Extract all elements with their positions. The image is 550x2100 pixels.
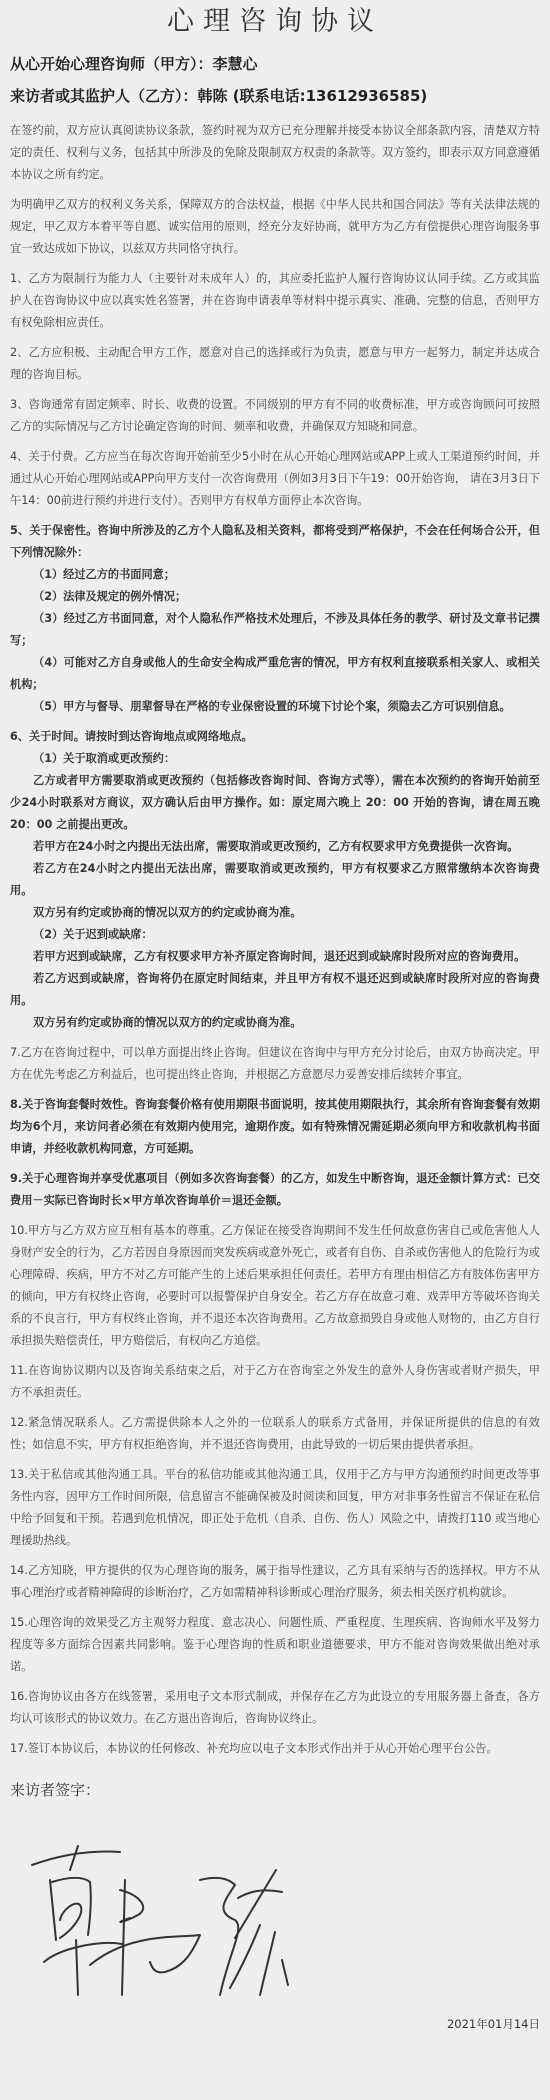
clause-5-item-5: （5）甲方与督导、朋辈督导在严格的专业保密设置的环境下讨论个案，须隐去乙方可识别… — [10, 696, 540, 718]
clause-14: 14.乙方知晓，甲方提供的仅为心理咨询的服务，属于指导性建议，乙方具有采纳与否的… — [10, 1560, 540, 1604]
intro-paragraph-1: 在签约前，双方应认真阅读协议条款，签约时视为双方已充分理解并接受本协议全部条款内… — [10, 120, 540, 186]
agreement-document: 心理咨询协议 从心开始心理咨询师（甲方）：李慧心 来访者或其监护人（乙方）：韩陈… — [0, 0, 550, 1800]
intro-paragraph-2: 为明确甲乙双方的权利义务关系，保障双方的合法权益，根据《中华人民共和国合同法》等… — [10, 194, 540, 260]
clause-7: 7.乙方在咨询过程中，可以单方面提出终止咨询。但建议在咨询中与甲方充分讨论后，由… — [10, 1042, 540, 1086]
clause-16: 16.咨询协议由各方在线签署，采用电子文本形式制成，并保存在乙方为此设立的专用服… — [10, 1686, 540, 1730]
clause-4: 4、关于付费。乙方应当在每次咨询开始前至少5小时在从心开始心理网站或APP上或人… — [10, 446, 540, 512]
clause-6-sub2-c: 双方另有约定或协商的情况以双方的约定或协商为准。 — [10, 1012, 540, 1034]
handwritten-signature — [30, 1840, 300, 2010]
clause-6-sub1-title: （1）关于取消或更改预约： — [10, 748, 540, 770]
clause-1: 1、乙方为限制行为能力人（主要针对未成年人）的，其应委托监护人履行咨询协议认同手… — [10, 268, 540, 334]
clause-6: 6、关于时间。请按时到达咨询地点或网络地点。 （1）关于取消或更改预约： 乙方或… — [10, 726, 540, 1034]
clause-3: 3、咨询通常有固定频率、时长、收费的设置。不同级别的甲方有不同的收费标准，甲方或… — [10, 394, 540, 438]
clause-6-sub1-b: 若乙方在24小时之内提出无法出席，需要取消或更改预约，甲方有权要求乙方照常缴纳本… — [10, 858, 540, 902]
clause-6-sub1-a: 若甲方在24小时之内提出无法出席，需要取消或更改预约，乙方有权要求甲方免费提供一… — [10, 836, 540, 858]
party-a: 从心开始心理咨询师（甲方）：李慧心 — [10, 54, 540, 74]
clause-11: 11.在咨询协议期内以及咨询关系结束之后，对于乙方在咨询室之外发生的意外人身伤害… — [10, 1360, 540, 1404]
clause-5-item-3: （3）经过乙方书面同意，对个人隐私作严格技术处理后，不涉及具体任务的教学、研讨及… — [10, 608, 540, 652]
signature-date: 2021年01月14日 — [447, 2016, 540, 2032]
clause-6-sub1-c: 双方另有约定或协商的情况以双方的约定或协商为准。 — [10, 902, 540, 924]
clause-9: 9.关于心理咨询并享受优惠项目（例如多次咨询套餐）的乙方，如发生中断咨询，退还金… — [10, 1168, 540, 1212]
clause-5-item-1: （1）经过乙方的书面同意； — [10, 564, 540, 586]
clause-13: 13.关于私信或其他沟通工具。平台的私信功能或其他沟通工具，仅用于乙方与甲方沟通… — [10, 1464, 540, 1552]
clause-6-lead: 6、关于时间。请按时到达咨询地点或网络地点。 — [10, 726, 540, 748]
clause-5-item-2: （2）法律及规定的例外情况； — [10, 586, 540, 608]
clause-15: 15.心理咨询的效果受乙方主观努力程度、意志决心、问题性质、严重程度、生理疾病、… — [10, 1612, 540, 1678]
clause-12: 12.紧急情况联系人。乙方需提供除本人之外的一位联系人的联系方式备用，并保证所提… — [10, 1412, 540, 1456]
clause-2: 2、乙方应积极、主动配合甲方工作，愿意对自己的选择或行为负责，愿意与甲方一起努力… — [10, 342, 540, 386]
clause-5-item-4: （4）可能对乙方自身或他人的生命安全构成严重危害的情况，甲方有权利直接联系相关家… — [10, 652, 540, 696]
party-b: 来访者或其监护人（乙方）：韩陈 (联系电话:13612936585) — [10, 86, 540, 106]
clause-6-sub2-title: （2）关于迟到或缺席： — [10, 924, 540, 946]
clause-5: 5、关于保密性。咨询中所涉及的乙方个人隐私及相关资料，都将受到严格保护，不会在任… — [10, 520, 540, 718]
document-title: 心理咨询协议 — [10, 0, 540, 42]
clause-8: 8.关于咨询套餐时效性。咨询套餐价格有使用期限书面说明，按其使用期限执行，其余所… — [10, 1094, 540, 1160]
clause-10: 10.甲方与乙方双方应互相有基本的尊重。乙方保证在接受咨询期间不发生任何故意伤害… — [10, 1220, 540, 1352]
signature-label: 来访者签字： — [10, 1780, 540, 1800]
clause-6-sub1-body: 乙方或者甲方需要取消或更改预约（包括修改咨询时间、咨询方式等），需在本次预约的咨… — [10, 770, 540, 836]
clause-17: 17.签订本协议后，本协议的任何修改、补充均应以电子文本形式作出并于从心开始心理… — [10, 1738, 540, 1760]
clause-6-sub2-b: 若乙方迟到或缺席，咨询将仍在原定时间结束，并且甲方有权不退还迟到或缺席时段所对应… — [10, 968, 540, 1012]
clause-6-sub2-a: 若甲方迟到或缺席，乙方有权要求甲方补齐原定咨询时间，退还迟到或缺席时段所对应的咨… — [10, 946, 540, 968]
clause-5-lead: 5、关于保密性。咨询中所涉及的乙方个人隐私及相关资料，都将受到严格保护，不会在任… — [10, 520, 540, 564]
